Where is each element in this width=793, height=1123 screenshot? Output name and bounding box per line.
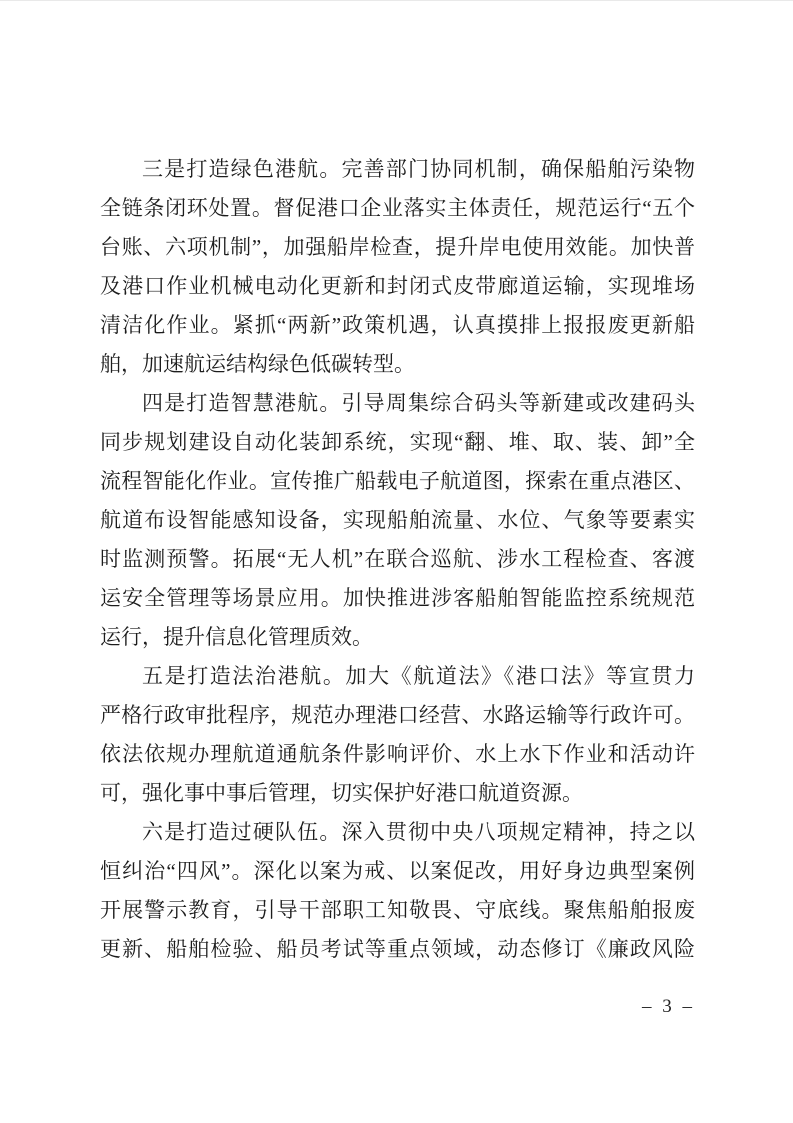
paragraph-green-port: 三是打造绿色港航。完善部门协同机制，确保船舶污染物 全链条闭环处置。督促港口企业… [100, 150, 695, 384]
text-line: 时监测预警。拓展“无人机”在联合巡航、涉水工程检查、客渡 [100, 540, 695, 579]
text-line: 航道布设智能感知设备，实现船舶流量、水位、气象等要素实 [100, 501, 695, 540]
text-line: 五是打造法治港航。加大《航道法》《港口法》等宣贯力度， [100, 657, 695, 696]
text-line: 流程智能化作业。宣传推广船载电子航道图，探索在重点港区、 [100, 462, 695, 501]
paragraph-smart-port: 四是打造智慧港航。引导周集综合码头等新建或改建码头 同步规划建设自动化装卸系统，… [100, 384, 695, 657]
text-line: 台账、六项机制”，加强船岸检查，提升岸电使用效能。加快普 [100, 228, 695, 267]
text-line: 全链条闭环处置。督促港口企业落实主体责任，规范运行“五个 [100, 189, 695, 228]
document-page: 三是打造绿色港航。完善部门协同机制，确保船舶污染物 全链条闭环处置。督促港口企业… [0, 0, 793, 1123]
text-line: 运行，提升信息化管理质效。 [100, 618, 695, 657]
text-line: 舶，加速航运结构绿色低碳转型。 [100, 345, 695, 384]
page-number: – 3 – [642, 996, 695, 1018]
page-body: 三是打造绿色港航。完善部门协同机制，确保船舶污染物 全链条闭环处置。督促港口企业… [100, 150, 695, 969]
text-line: 严格行政审批程序，规范办理港口经营、水路运输等行政许可。 [100, 696, 695, 735]
text-line: 三是打造绿色港航。完善部门协同机制，确保船舶污染物 [100, 150, 695, 189]
text-line: 可，强化事中事后管理，切实保护好港口航道资源。 [100, 774, 695, 813]
text-line: 同步规划建设自动化装卸系统，实现“翻、堆、取、装、卸”全 [100, 423, 695, 462]
text-line: 运安全管理等场景应用。加快推进涉客船舶智能监控系统规范 [100, 579, 695, 618]
text-line: 更新、船舶检验、船员考试等重点领域，动态修订《廉政风险 [100, 930, 695, 969]
text-line: 清洁化作业。紧抓“两新”政策机遇，认真摸排上报报废更新船 [100, 306, 695, 345]
text-line: 六是打造过硬队伍。深入贯彻中央八项规定精神，持之以 [100, 813, 695, 852]
text-line: 开展警示教育，引导干部职工知敬畏、守底线。聚焦船舶报废 [100, 891, 695, 930]
text-line: 依法依规办理航道通航条件影响评价、水上水下作业和活动许 [100, 735, 695, 774]
text-line: 恒纠治“四风”。深化以案为戒、以案促改，用好身边典型案例 [100, 852, 695, 891]
text-line: 四是打造智慧港航。引导周集综合码头等新建或改建码头 [100, 384, 695, 423]
paragraph-team-building: 六是打造过硬队伍。深入贯彻中央八项规定精神，持之以 恒纠治“四风”。深化以案为戒… [100, 813, 695, 969]
paragraph-law-port: 五是打造法治港航。加大《航道法》《港口法》等宣贯力度， 严格行政审批程序，规范办… [100, 657, 695, 813]
text-line: 及港口作业机械电动化更新和封闭式皮带廊道运输，实现堆场 [100, 267, 695, 306]
